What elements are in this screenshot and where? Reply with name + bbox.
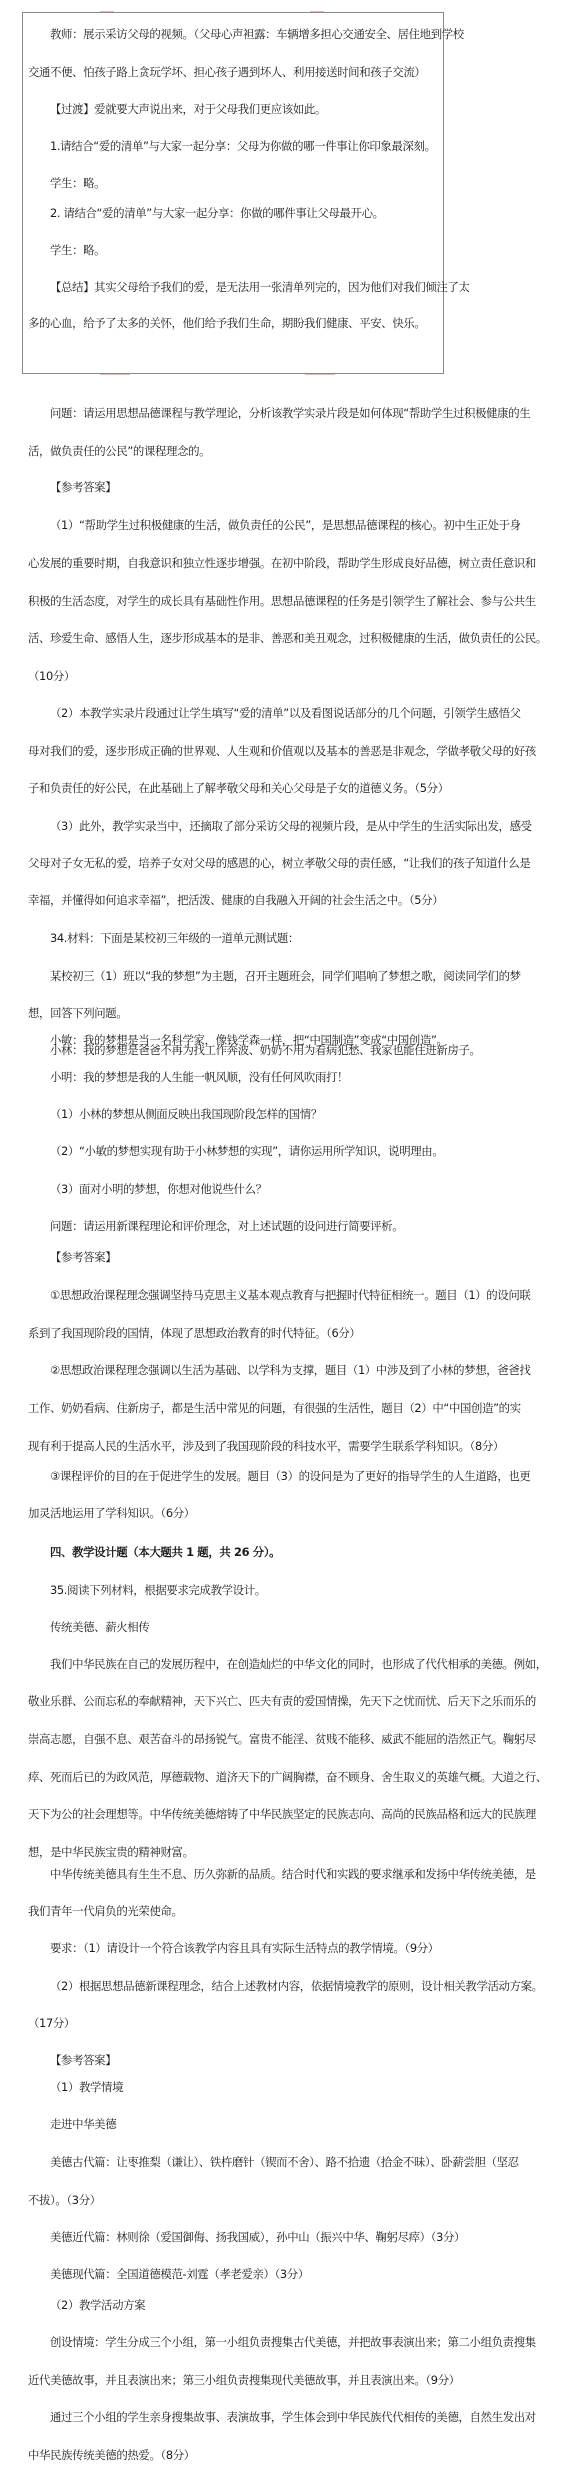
requirement-text: 要求：（1）请设计一个符合该教学内容且具有实际生活特点的教学情境。（9分） [50,1941,439,1955]
box-line: 2. 请结合“爱的清单”与大家一起分享：你做的哪件事让父母最开心。 [50,206,384,220]
answer-text: （3）此外，教学实录当中，还摘取了部分采访父母的视频片段，是从中学生的生活实际出… [50,819,532,833]
box-line: 教师：展示采访父母的视频。（父母心声袒露：车辆增多担心交通安全、居住地到学校 [50,27,464,41]
question-text: 活，做负责任的公民”的课程理念的。 [28,444,210,458]
material-text: 某校初三（1）班以“我的梦想”为主题，召开主题班会，同学们唱响了梦想之歌，阅读同… [50,969,521,983]
question-intro: 35.阅读下列材料，根据要求完成教学设计。 [50,1583,266,1597]
material-text: （1）小林的梦想从侧面反映出我国现阶段怎样的国情？ [50,1107,322,1121]
material-text: 中华传统美德具有生生不息、历久弥新的品质。结合时代和实践的要求继承和发扬中华传统… [50,1867,536,1881]
material-title: 传统美德、薪火相传 [50,1620,149,1634]
answer-text: 子和负责任的好公民，在此基础上了解孝敬父母和关心父母是子女的道德义务。（5分） [28,781,449,795]
material-text: （2）“小敏的梦想实现有助于小林梦想的实现”，请你运用所学知识，说明理由。 [50,1144,443,1158]
scan-mark [310,11,324,12]
answer-label: 【参考答案】 [50,480,116,494]
answer-text: （2）本教学实录片段通过让学生填写“爱的清单”以及看图说话部分的几个问题，引领学… [50,706,521,720]
box-line: 学生：略。 [50,243,105,257]
answer-text: 幸福，并懂得如何追求幸福”，把活泼、健康的自我融入开阔的社会生活之中。（5分） [28,893,443,907]
answer-text: 走进中华美德 [50,2117,116,2131]
answer-text: 不拔）。（3分） [28,2193,101,2207]
question-text: 问题：请运用新课程理论和评价理念，对上述试题的设问进行简要评析。 [50,1219,403,1233]
material-text: 想，回答下列问题。 [28,1006,127,1020]
answer-text: 父母对子女无私的爱，培养子女对父母的感恩的心，树立孝敬父母的责任感，“让我们的孩… [28,856,530,870]
answer-text: 美德近代篇：林则徐（爱国御侮、扬我国威），孙中山（振兴中华、鞠躬尽瘁）（3分） [50,2230,465,2244]
material-text: 崇高志愿，自强不息、艰苦奋斗的昂扬锐气。富贵不能淫、贫贱不能移、威武不能屈的浩然… [28,1732,536,1746]
scan-mark [100,374,130,375]
section-heading: 四、教学设计题（本大题共 1 题，共 26 分）。 [50,1545,280,1559]
answer-text: ①思想政治课程理念强调坚持马克思主义基本观点教育与把握时代特征相统一。题目（1）… [50,1288,530,1302]
answer-text: 工作、奶奶看病、住新房子，都是生活中常见的问题，有很强的生活性，题目（2）中“中… [28,1401,521,1415]
material-text: 敬业乐群、公而忘私的奉献精神，天下兴亡、匹夫有责的爱国情操，先天下之忧而忧、后天… [28,1694,536,1708]
answer-text: 美德现代篇：全国道德模范-刘霆（孝老爱亲）（3分） [50,2267,309,2281]
answer-text: （1）教学情境 [50,2080,123,2094]
material-text: 我们青年一代肩负的光荣使命。 [28,1904,183,1918]
material-text: 瘁、死而后已的为政风范，厚德载物、道济天下的广阔胸襟，奋不顾身、舍生取义的英雄气… [28,1770,547,1784]
box-line: 交通不便、怕孩子路上贪玩学坏、担心孩子遇到坏人、利用接送时间和孩子交流） [28,65,425,79]
answer-label: 【参考答案】 [50,1250,116,1264]
material-text: 想，是中华民族宝贵的精神财富。 [28,1845,194,1859]
answer-text: （1）“帮助学生过积极健康的生活，做负责任的公民”，是思想品德课程的核心。初中生… [50,518,521,532]
scan-mark [100,11,114,12]
answer-text: 现有利于提高人民的生活水平，涉及到了我国现阶段的科技水平，需要学生联系学科知识。… [28,1439,504,1453]
answer-text: 通过三个小组的学生亲身搜集故事、表演故事，学生体会到中华民族代代相传的美德，自然… [50,2410,536,2424]
answer-text: 中华民族传统美德的热爱。（8分） [28,2448,195,2462]
box-line: 多的心血，给予了太多的关怀，他们给予我们生命，期盼我们健康、平安、快乐。 [28,316,425,330]
answer-text: 活、珍爱生命、感悟人生，逐步形成基本的是非、善恶和美丑观念，过积极健康的生活，做… [28,631,547,645]
answer-text: 系到了我国现阶段的国情，体现了思想政治教育的时代特征。（6分） [28,1326,360,1340]
box-line: 【总结】其实父母给予我们的爱，是无法用一张清单列完的，因为他们对我们倾注了太 [50,280,470,294]
answer-text: （10分） [28,669,75,683]
box-line: 1.请结合“爱的清单”与大家一起分享：父母为你做的哪一件事让你印象最深刻。 [50,139,436,153]
answer-text: 美德古代篇：让枣推梨（谦让）、铁杵磨针（锲而不舍）、路不拾遗（拾金不昧）、卧薪尝… [50,2155,519,2169]
answer-text: 心发展的重要时期，自我意识和独立性逐步增强。在初中阶段，帮助学生形成良好品德，树… [28,556,536,570]
answer-text: 母对我们的爱，逐步形成正确的世界观、人生观和价值观以及基本的善恶是非观念，学做孝… [28,744,536,758]
material-text: （3）面对小明的梦想，你想对他说些什么？ [50,1182,267,1196]
material-text: 小明：我的梦想是我的人生能一帆风顺，没有任何风吹雨打！ [50,1070,348,1084]
answer-text: 积极的生活态度，对学生的成长具有基础性作用。思想品德课程的任务是引领学生了解社会… [28,594,536,608]
answer-text: 创设情境：学生分成三个小组，第一小组负责搜集古代美德，并把故事表演出来；第二小组… [50,2335,536,2349]
material-text: 34.材料：下面是某校初三年级的一道单元测试题： [50,931,299,945]
material-text: 小敏：我的梦想是当一名科学家，像钱学森一样，把“中国制造”变成“中国创造”。 [50,1033,448,1047]
answer-text: ③课程评价的目的在于促进学生的发展。题目（3）的设问是为了更好的指导学生的人生道… [50,1469,530,1483]
requirement-text: （2）根据思想品德新课程理念，结合上述教材内容，依据情境教学的原则，设计相关教学… [50,1979,543,1993]
box-line: 【过渡】爱就要大声说出来，对于父母我们更应该如此。 [50,102,326,116]
answer-text: 近代美德故事，并且表演出来；第三小组负责搜集现代美德故事，并且表演出来。（9分） [28,2373,460,2387]
answer-label: 【参考答案】 [50,2053,116,2067]
material-text: 天下为公的社会理想等。中华传统美德熔铸了中华民族坚定的民族志向、高尚的民族品格和… [28,1807,536,1821]
answer-text: ②思想政治课程理念强调以生活为基础、以学科为支撑，题目（1）中涉及到了小林的梦想… [50,1363,530,1377]
material-text: 我们中华民族在自己的发展历程中，在创造灿烂的中华文化的同时，也形成了代代相承的美… [50,1657,547,1671]
requirement-text: （17分） [28,2016,75,2030]
answer-text: 加灵活地运用了学科知识。（6分） [28,1506,195,1520]
answer-text: （2）教学活动方案 [50,2298,145,2312]
question-text: 问题：请运用思想品德课程与教学理论，分析该教学实录片段是如何体现“帮助学生过积极… [50,406,530,420]
box-line: 学生：略。 [50,176,105,190]
scan-mark [305,374,335,375]
